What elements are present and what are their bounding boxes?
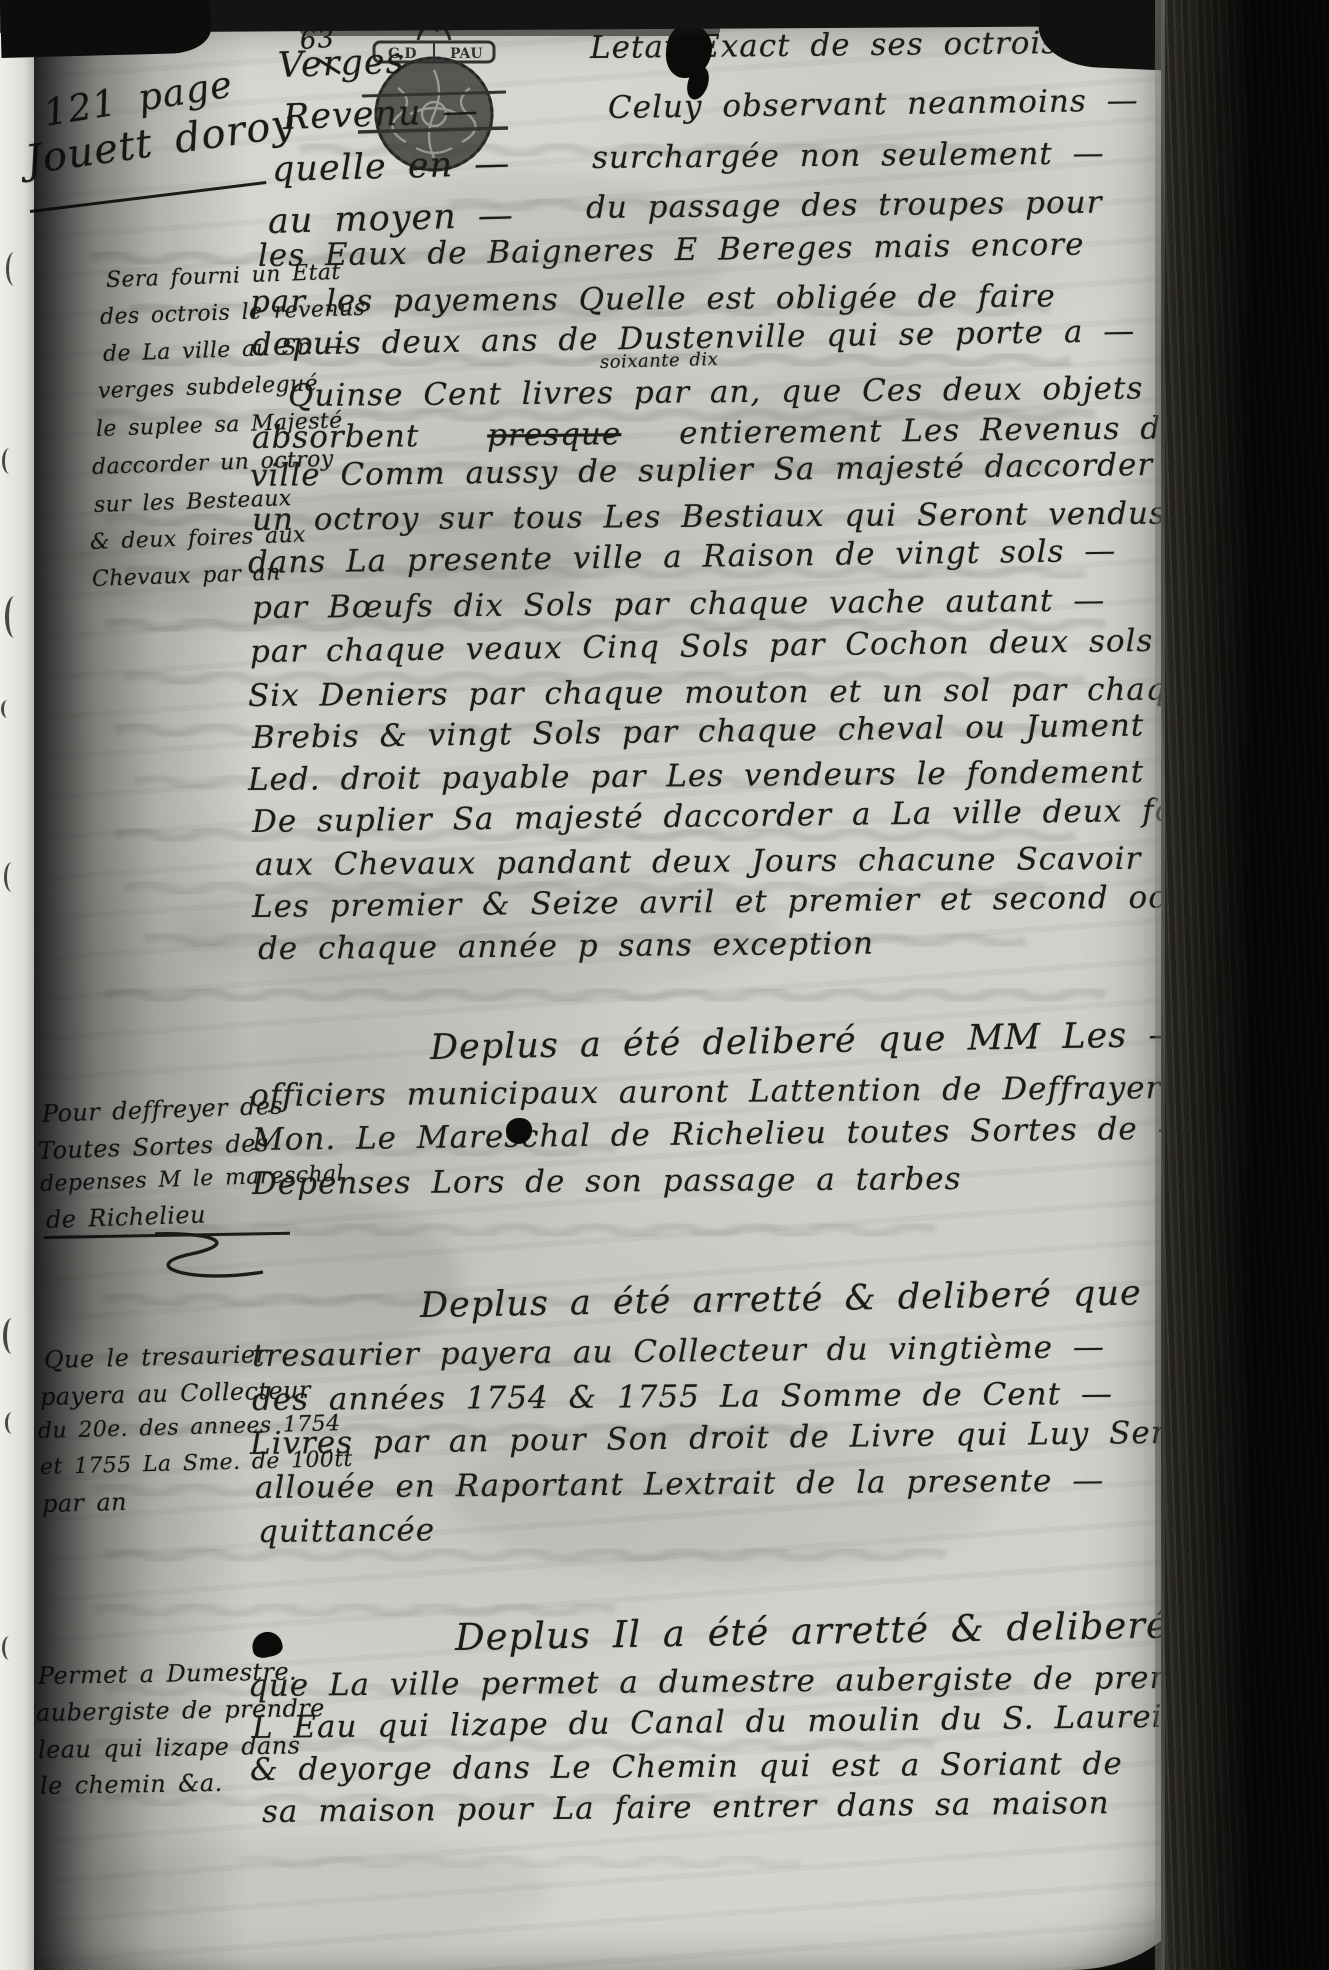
stray-ink-mark <box>5 596 24 638</box>
book-binding-edge <box>1161 0 1329 1970</box>
body-line: Quinse Cent livres par an, que Ces deux … <box>288 371 1144 414</box>
stamp-banner-right-text: PAU <box>450 46 483 62</box>
body-line: Revenu — <box>282 91 479 138</box>
stray-ink-mark <box>5 1412 19 1434</box>
interline-insertion: soixante dix <box>600 349 719 373</box>
margin-note-4-line: aubergiste de prendre <box>36 1694 325 1727</box>
struck-out-word: presque <box>487 416 621 453</box>
body-line: par Bœufs dix Sols par chaque vache auta… <box>252 583 1106 626</box>
body-line: un octroy sur tous Les Bestiaux qui Sero… <box>252 496 1166 538</box>
body-line: des années 1754 & 1755 La Somme de Cent … <box>252 1376 1113 1418</box>
body-line: surchargée non seulement — <box>592 136 1105 176</box>
body-line: de chaque année p sans exception <box>258 926 874 967</box>
paraph-flourish <box>95 1228 275 1298</box>
top-torn-edge <box>300 24 720 36</box>
stray-ink-mark <box>4 862 20 892</box>
previous-page-edge <box>0 0 34 1970</box>
stray-ink-mark <box>2 448 17 474</box>
body-line-segment: entierement Les Revenus de la <box>679 410 1231 452</box>
top-torn-edge <box>0 0 211 58</box>
margin-note-4-line: le chemin &a. <box>40 1769 223 1800</box>
body-line: quittancée <box>258 1512 436 1550</box>
margin-note-4-line: leau qui lizape dans <box>38 1731 301 1764</box>
stray-ink-mark <box>3 1318 21 1354</box>
margin-note-4-line: Permet a Dumestre. <box>38 1657 297 1690</box>
body-line: aux Chevaux pandant deux Jours chacune S… <box>255 840 1194 883</box>
stray-ink-mark <box>2 1636 17 1660</box>
body-line: Six Deniers par chaque mouton et un sol … <box>248 671 1207 714</box>
stray-ink-mark <box>6 252 23 286</box>
body-line: Verges <box>277 42 405 86</box>
stray-ink-mark <box>1 700 14 718</box>
manuscript-page-scan: G.D PAU 63 121 page Jouett doroy Verges … <box>0 0 1329 1970</box>
body-line: allouée en Raportant Lextrait de la pres… <box>255 1463 1105 1506</box>
margin-note-3-line: Que le tresaurier <box>44 1340 268 1374</box>
body-line: Depenses Lors de son passage a tarbes <box>252 1161 962 1202</box>
body-line: du passage des troupes pour <box>586 185 1103 226</box>
body-line: & deyorge dans Le Chemin qui est a Soria… <box>250 1746 1123 1788</box>
margin-note-3-line: par an <box>42 1488 128 1518</box>
body-line: par les payemens Quelle est obligée de f… <box>250 278 1056 320</box>
body-line: quelle en — <box>271 144 510 190</box>
